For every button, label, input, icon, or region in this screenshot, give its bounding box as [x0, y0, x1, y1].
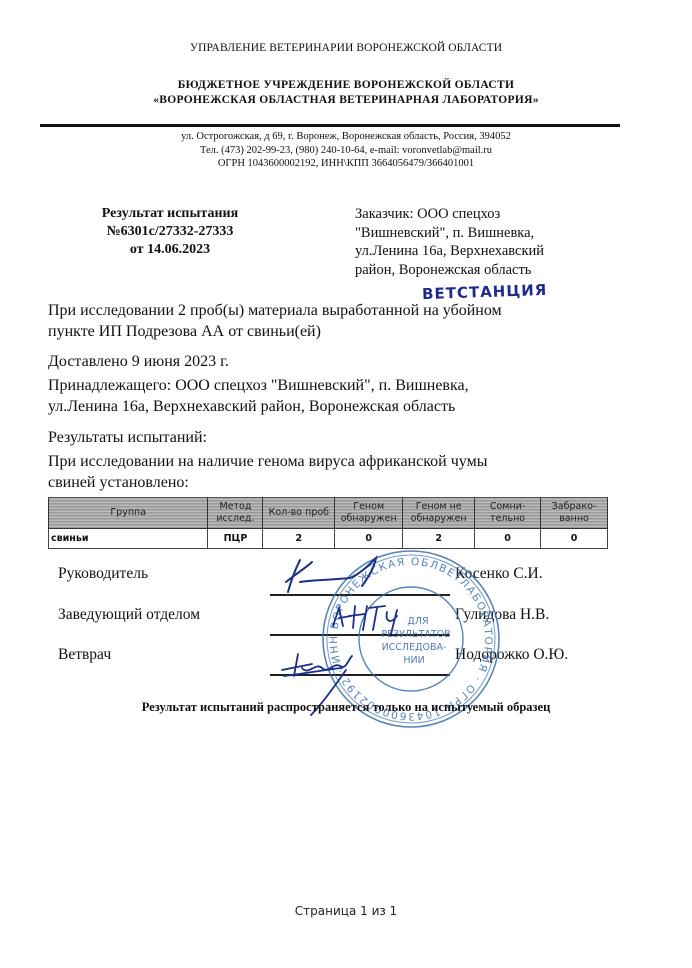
owner-block: Принадлежащего: ООО спецхоз "Вишневский"… [48, 375, 628, 417]
column-header-genome-detected: Геномобнаружен [335, 498, 403, 529]
signature-dept-icon [325, 598, 435, 638]
sample-description: При исследовании 2 проб(ы) материала выр… [48, 300, 628, 342]
column-header-group: Группа [49, 498, 208, 529]
result-date: от 14.06.2023 [70, 241, 270, 259]
text-line: Принадлежащего: ООО спецхоз "Вишневский"… [48, 375, 628, 396]
institution-line-2: «ВОРОНЕЖСКАЯ ОБЛАСТНАЯ ВЕТЕРИНАРНАЯ ЛАБО… [0, 93, 692, 108]
customer-line: Заказчик: ООО спецхоз [355, 205, 615, 224]
institution-title: БЮДЖЕТНОЕ УЧРЕЖДЕНИЕ ВОРОНЕЖСКОЙ ОБЛАСТИ… [0, 78, 692, 108]
page-number: Страница 1 из 1 [0, 904, 692, 918]
cell-doubtful: 0 [475, 529, 541, 549]
delivered-date: Доставлено 9 июня 2023 г. [48, 351, 628, 372]
signature-role-vet: Ветврач [58, 646, 111, 664]
column-header-method: Методисслед. [208, 498, 263, 529]
svg-text:ИССЛЕДОВА-: ИССЛЕДОВА- [382, 642, 447, 653]
column-header-genome-not-detected: Геном необнаружен [403, 498, 475, 529]
result-number: №6301с/27332-27333 [70, 223, 270, 241]
signature-head-icon [270, 552, 390, 602]
column-header-rejected: Забрако-ванно [541, 498, 608, 529]
results-label: Результаты испытаний: [48, 427, 628, 448]
customer-line: "Вишневский", п. Вишневка, [355, 224, 615, 243]
table-row: свиньи ПЦР 2 0 2 0 0 [49, 529, 608, 549]
cell-sample-count: 2 [263, 529, 335, 549]
institution-line-1: БЮДЖЕТНОЕ УЧРЕЖДЕНИЕ ВОРОНЕЖСКОЙ ОБЛАСТИ [0, 78, 692, 93]
customer-block: Заказчик: ООО спецхоз "Вишневский", п. В… [355, 205, 615, 279]
cell-group: свиньи [49, 529, 208, 549]
signature-role-dept: Заведующий отделом [58, 606, 200, 624]
address: ул. Острогожская, д 69, г. Воронеж, Воро… [0, 130, 692, 144]
column-header-doubtful: Сомни-тельно [475, 498, 541, 529]
finding-statement: При исследовании на наличие генома вирус… [48, 451, 628, 493]
authority-title: УПРАВЛЕНИЕ ВЕТЕРИНАРИИ ВОРОНЕЖСКОЙ ОБЛАС… [0, 42, 692, 54]
text-line: ул.Ленина 16а, Верхнехавский район, Воро… [48, 396, 628, 417]
registration-numbers: ОГРН 1043600002192, ИНН\КПП 3664056479/3… [0, 157, 692, 171]
text-line: При исследовании 2 проб(ы) материала выр… [48, 300, 628, 321]
contact-block: ул. Острогожская, д 69, г. Воронеж, Воро… [0, 130, 692, 171]
result-heading: Результат испытания №6301с/27332-27333 о… [70, 205, 270, 259]
table-header-row: Группа Методисслед. Кол-во проб Геномобн… [49, 498, 608, 529]
cell-rejected: 0 [541, 529, 608, 549]
customer-line: ул.Ленина 16а, Верхнехавский [355, 242, 615, 261]
cell-genome-not-detected: 2 [403, 529, 475, 549]
results-table: Группа Методисслед. Кол-во проб Геномобн… [48, 497, 608, 549]
text-line: свиней установлено: [48, 472, 628, 493]
signature-role-head: Руководитель [58, 565, 148, 583]
contacts: Тел. (473) 202-99-23, (980) 240-10-64, e… [0, 144, 692, 158]
text-line: пункте ИП Подрезова АА от свиньи(ей) [48, 321, 628, 342]
customer-line: район, Воронежская область [355, 261, 615, 280]
column-header-sample-count: Кол-во проб [263, 498, 335, 529]
validity-note: Результат испытаний распространяется тол… [0, 700, 692, 715]
svg-text:НИИ: НИИ [403, 655, 424, 666]
cell-method: ПЦР [208, 529, 263, 549]
result-title: Результат испытания [70, 205, 270, 223]
text-line: При исследовании на наличие генома вирус… [48, 451, 628, 472]
cell-genome-detected: 0 [335, 529, 403, 549]
header-divider [40, 124, 620, 127]
